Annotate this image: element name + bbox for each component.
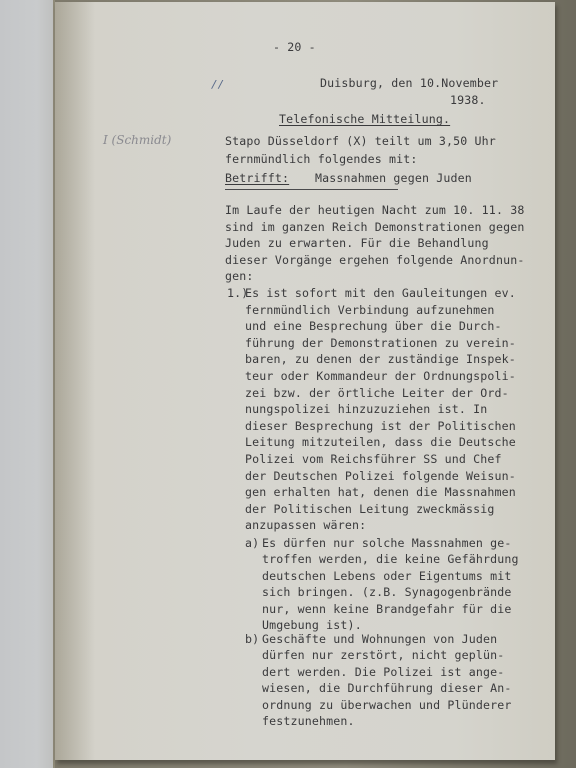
place-date-line2: 1938. xyxy=(450,95,486,107)
paragraph-line: dieser Vorgänge ergehen folgende Anordnu… xyxy=(225,255,524,267)
page-number: - 20 - xyxy=(273,42,316,54)
sub-b-line: wiesen, die Durchführung dieser An- xyxy=(262,683,512,695)
sub-a-line: Umgebung ist). xyxy=(262,620,362,632)
facing-page-edge xyxy=(0,0,55,768)
item-1-line: der Politischen Leitung zweckmässig xyxy=(245,504,495,516)
item-1-line: baren, zu denen der zuständige Inspek- xyxy=(245,354,516,366)
margin-mark: // xyxy=(211,78,224,91)
paragraph-line: sind im ganzen Reich Demonstrationen geg… xyxy=(225,222,524,234)
item-1-line: dieser Besprechung ist der Politischen xyxy=(245,421,516,433)
heading: Telefonische Mitteilung. xyxy=(279,114,450,126)
sub-b-line: dürfen nur zerstört, nicht geplün- xyxy=(262,650,504,662)
item-1-line: anzupassen wären: xyxy=(245,520,366,532)
sub-a-line: sich bringen. (z.B. Synagogenbrände xyxy=(262,587,512,599)
item-1-line: führung der Demonstrationen zu verein- xyxy=(245,338,516,350)
item-1-line: fernmündlich Verbindung aufzunehmen xyxy=(245,305,495,317)
item-1-line: Leitung mitzuteilen, dass die Deutsche xyxy=(245,437,516,449)
sub-b-line: festzunehmen. xyxy=(262,716,355,728)
sub-a-line: deutschen Lebens oder Eigentums mit xyxy=(262,571,512,583)
item-1-line: und eine Besprechung über die Durch- xyxy=(245,321,502,333)
paragraph-line: Im Laufe der heutigen Nacht zum 10. 11. … xyxy=(225,205,524,217)
divider-line xyxy=(225,189,398,190)
sub-a-label: a) xyxy=(245,538,259,550)
document-page: - 20 - // Duisburg, den 10.November 1938… xyxy=(55,2,555,760)
place-date-line1: Duisburg, den 10.November xyxy=(320,78,498,90)
item-1-line: Es ist sofort mit den Gauleitungen ev. xyxy=(245,288,516,300)
subject-label: Betrifft: xyxy=(225,173,289,185)
sub-b-line: dert werden. Die Polizei ist ange- xyxy=(262,667,504,679)
item-1-line: gen erhalten hat, denen die Massnahmen xyxy=(245,487,516,499)
subject-text: Massnahmen gegen Juden xyxy=(315,173,472,185)
sub-b-label: b) xyxy=(245,634,259,646)
handwritten-note: I (Schmidt) xyxy=(103,133,171,147)
intro-line-1: Stapo Düsseldorf (X) teilt um 3,50 Uhr xyxy=(225,136,496,148)
sub-b-line: Geschäfte und Wohnungen von Juden xyxy=(262,634,497,646)
item-1-line: Polizei vom Reichsführer SS und Chef xyxy=(245,454,502,466)
sub-a-line: troffen werden, die keine Gefährdung xyxy=(262,554,519,566)
item-1-line: zei bzw. der örtliche Leiter der Ord- xyxy=(245,388,509,400)
sub-b-line: ordnung zu überwachen und Plünderer xyxy=(262,700,512,712)
intro-line-2: fernmündlich folgendes mit: xyxy=(225,154,418,166)
paragraph-line: Juden zu erwarten. Für die Behandlung xyxy=(225,238,489,250)
paragraph-line: gen: xyxy=(225,271,254,283)
item-1-line: der Deutschen Polizei folgende Weisun- xyxy=(245,471,516,483)
sub-a-line: Es dürfen nur solche Massnahmen ge- xyxy=(262,538,512,550)
item-1-line: nungspolizei hinzuzuziehen ist. In xyxy=(245,404,487,416)
sub-a-line: nur, wenn keine Brandgefahr für die xyxy=(262,604,512,616)
item-1-line: teur oder Kommandeur der Ordnungspoli- xyxy=(245,371,516,383)
